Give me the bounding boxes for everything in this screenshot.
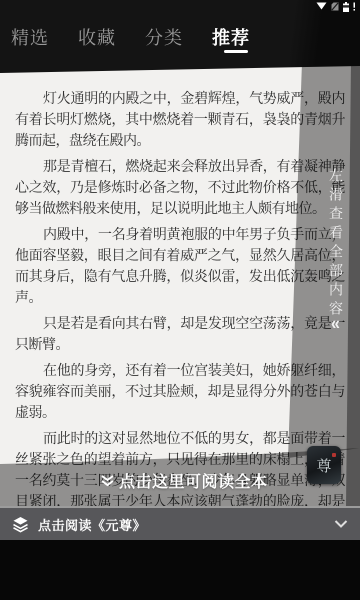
paragraph: 在他的身旁，还有着一位宫装美妇，她娇躯纤细，容貌雍容而美丽，不过其脸颊，却是显得… bbox=[15, 360, 345, 423]
cover-calligraphy-glyph: 尊 bbox=[316, 455, 331, 476]
active-tab-indicator bbox=[224, 50, 248, 53]
app-screen: 灯火通明的内殿之中，金碧辉煌，气势威严，殿内有着长明灯燃烧，其中燃烧着一颗青石，… bbox=[0, 0, 360, 600]
double-left-arrow-icon: « bbox=[331, 315, 340, 336]
reader-page[interactable]: 灯火通明的内殿之中，金碧辉煌，气势威严，殿内有着长明灯燃烧，其中燃烧着一颗青石，… bbox=[0, 62, 360, 508]
paragraph: 那是青檀石，燃烧起来会释放出异香，有着凝神静心之效，乃是修炼时必备之物，不过此物… bbox=[15, 156, 345, 219]
tab-recommended[interactable]: 推荐 bbox=[212, 24, 250, 50]
tab-featured[interactable]: 精选 bbox=[11, 24, 49, 50]
bottom-nav bbox=[0, 540, 360, 600]
tab-favorites[interactable]: 收藏 bbox=[78, 24, 116, 50]
read-full-book-prompt[interactable]: 点击这里可阅读全本 bbox=[100, 469, 268, 492]
chevron-down-icon[interactable] bbox=[334, 520, 348, 528]
double-chevron-down-icon bbox=[100, 475, 115, 487]
alert-icon bbox=[353, 2, 356, 11]
read-book-bar-label: 点击阅读《元尊》 bbox=[38, 515, 325, 534]
paragraph: 灯火通明的内殿之中，金碧辉煌，气势威严，殿内有着长明灯燃烧，其中燃烧着一颗青石，… bbox=[15, 88, 345, 151]
book-cover-thumbnail[interactable]: 尊 bbox=[307, 446, 341, 484]
status-bar bbox=[316, 2, 356, 12]
tab-bar: 精选 收藏 分类 推荐 bbox=[11, 24, 250, 50]
paragraph: 而此时的这对显然地位不低的男女，都是面带着一丝紧张之色的望着前方，只见得在那里的… bbox=[15, 428, 345, 508]
seal-stamp-icon bbox=[332, 453, 336, 457]
wifi-icon bbox=[316, 2, 327, 10]
read-book-bar[interactable]: 点击阅读《元尊》 bbox=[0, 506, 360, 540]
swipe-left-hint: 左滑查看全部内容 bbox=[326, 168, 346, 320]
read-full-book-label: 点击这里可阅读全本 bbox=[119, 469, 268, 492]
layers-icon bbox=[12, 516, 29, 533]
paragraph: 只是若是看向其右臂，却是发现空空荡荡，竟是一只断臂。 bbox=[15, 313, 345, 355]
paragraph: 内殿中，一名身着明黄袍服的中年男子负手而立，他面容坚毅，眼目之间有着威严之气，显… bbox=[15, 224, 345, 308]
battery-icon bbox=[343, 2, 349, 12]
no-sim-icon bbox=[331, 2, 339, 11]
tab-categories[interactable]: 分类 bbox=[145, 24, 183, 50]
top-bar: 精选 收藏 分类 推荐 bbox=[0, 0, 360, 73]
